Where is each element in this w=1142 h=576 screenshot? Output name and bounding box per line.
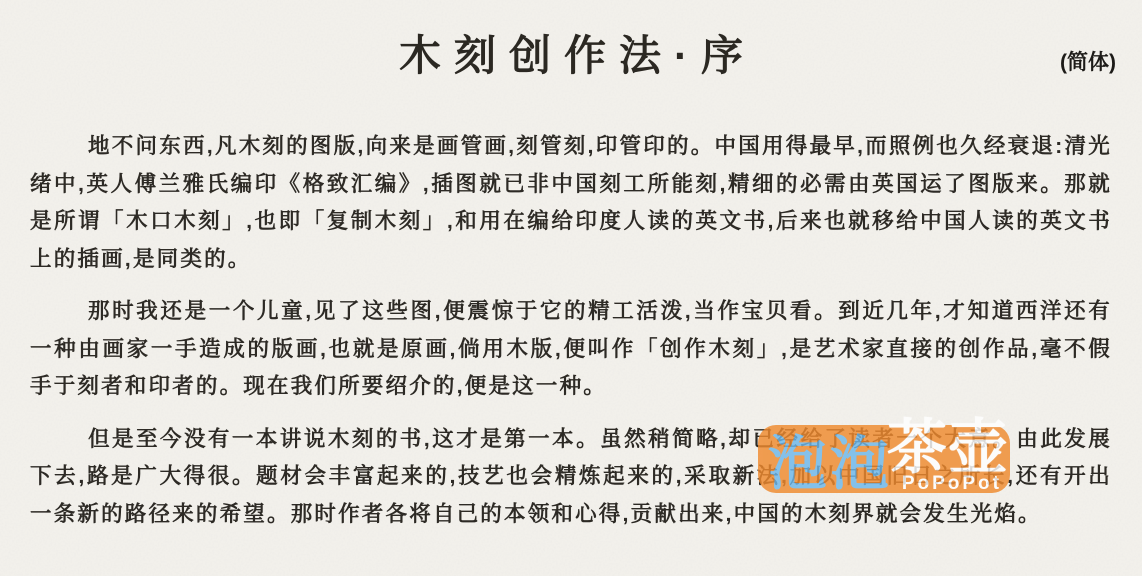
title-row: 木刻创作法·序 bbox=[0, 0, 1142, 82]
document-page: 木刻创作法·序 (简体) 地不问东西,凡木刻的图版,向来是画管画,刻管刻,印管印… bbox=[0, 0, 1142, 576]
paragraph-2: 那时我还是一个儿童,见了这些图,便震惊于它的精工活泼,当作宝贝看。到近几年,才知… bbox=[30, 293, 1112, 406]
page-title: 木刻创作法·序 bbox=[386, 30, 756, 82]
body-text: 地不问东西,凡木刻的图版,向来是画管画,刻管刻,印管印的。中国用得最早,而照例也… bbox=[0, 128, 1142, 533]
document-content: 木刻创作法·序 (简体) 地不问东西,凡木刻的图版,向来是画管画,刻管刻,印管印… bbox=[0, 0, 1142, 533]
paragraph-1: 地不问东西,凡木刻的图版,向来是画管画,刻管刻,印管印的。中国用得最早,而照例也… bbox=[30, 128, 1112, 278]
variant-label: (简体) bbox=[1060, 46, 1116, 76]
paragraph-3: 但是至今没有一本讲说木刻的书,这才是第一本。虽然稍简略,却已经给了读者一个大意。… bbox=[30, 421, 1112, 534]
